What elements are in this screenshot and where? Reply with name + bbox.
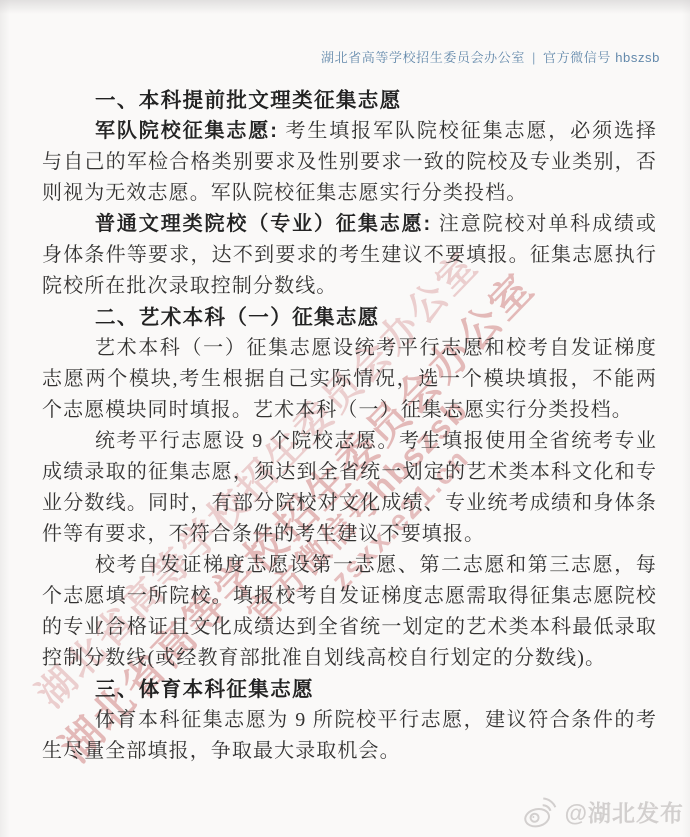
paragraph-art-gradient-text: 校考自发证梯度志愿设第一志愿、第二志愿和第三志愿，每个志愿填一所院校。填报校考自… bbox=[42, 554, 657, 669]
masthead-divider: | bbox=[532, 50, 536, 65]
paragraph-general: 普通文理类院校（专业）征集志愿: 注意院校对单科成绩或身体条件等要求，达不到要求… bbox=[42, 209, 657, 302]
section-1-heading: 一、本科提前批文理类征集志愿 bbox=[42, 85, 657, 116]
paragraph-general-lead: 普通文理类院校（专业）征集志愿: bbox=[95, 213, 439, 235]
masthead: 湖北省高等学校招生委员会办公室|官方微信号 hbszsb bbox=[321, 47, 660, 66]
weibo-handle: @湖北发布 bbox=[565, 795, 684, 828]
document-body: 一、本科提前批文理类征集志愿 军队院校征集志愿: 考生填报军队院校征集志愿，必须… bbox=[42, 85, 657, 767]
masthead-org: 湖北省高等学校招生委员会办公室 bbox=[321, 50, 525, 65]
masthead-wechat: 官方微信号 hbszsb bbox=[543, 50, 660, 65]
paragraph-military: 军队院校征集志愿: 考生填报军队院校征集志愿，必须选择与自己的军检合格类别要求及… bbox=[42, 116, 657, 209]
weibo-icon bbox=[522, 796, 558, 828]
section-3-heading: 三、体育本科征集志愿 bbox=[42, 674, 657, 705]
paragraph-art-gradient: 校考自发证梯度志愿设第一志愿、第二志愿和第三志愿，每个志愿填一所院校。填报校考自… bbox=[42, 550, 657, 674]
paragraph-sports-text: 体育本科征集志愿为 9 所院校平行志愿，建议符合条件的考生尽量全部填报，争取最大… bbox=[42, 709, 657, 762]
paragraph-art-parallel-text: 统考平行志愿设 9 个院校志愿。考生填报使用全省统考专业成绩录取的征集志愿，须达… bbox=[42, 430, 657, 545]
section-2-heading: 二、艺术本科（一）征集志愿 bbox=[42, 302, 657, 333]
paragraph-art-modules-text: 艺术本科（一）征集志愿设统考平行志愿和校考自发证梯度志愿两个模块,考生根据自己实… bbox=[42, 337, 657, 421]
paragraph-military-lead: 军队院校征集志愿: bbox=[95, 120, 285, 142]
paragraph-art-modules: 艺术本科（一）征集志愿设统考平行志愿和校考自发证梯度志愿两个模块,考生根据自己实… bbox=[42, 333, 657, 426]
paragraph-sports: 体育本科征集志愿为 9 所院校平行志愿，建议符合条件的考生尽量全部填报，争取最大… bbox=[42, 705, 657, 767]
weibo-watermark: @湖北发布 bbox=[522, 795, 684, 828]
paragraph-art-parallel: 统考平行志愿设 9 个院校志愿。考生填报使用全省统考专业成绩录取的征集志愿，须达… bbox=[42, 426, 657, 550]
